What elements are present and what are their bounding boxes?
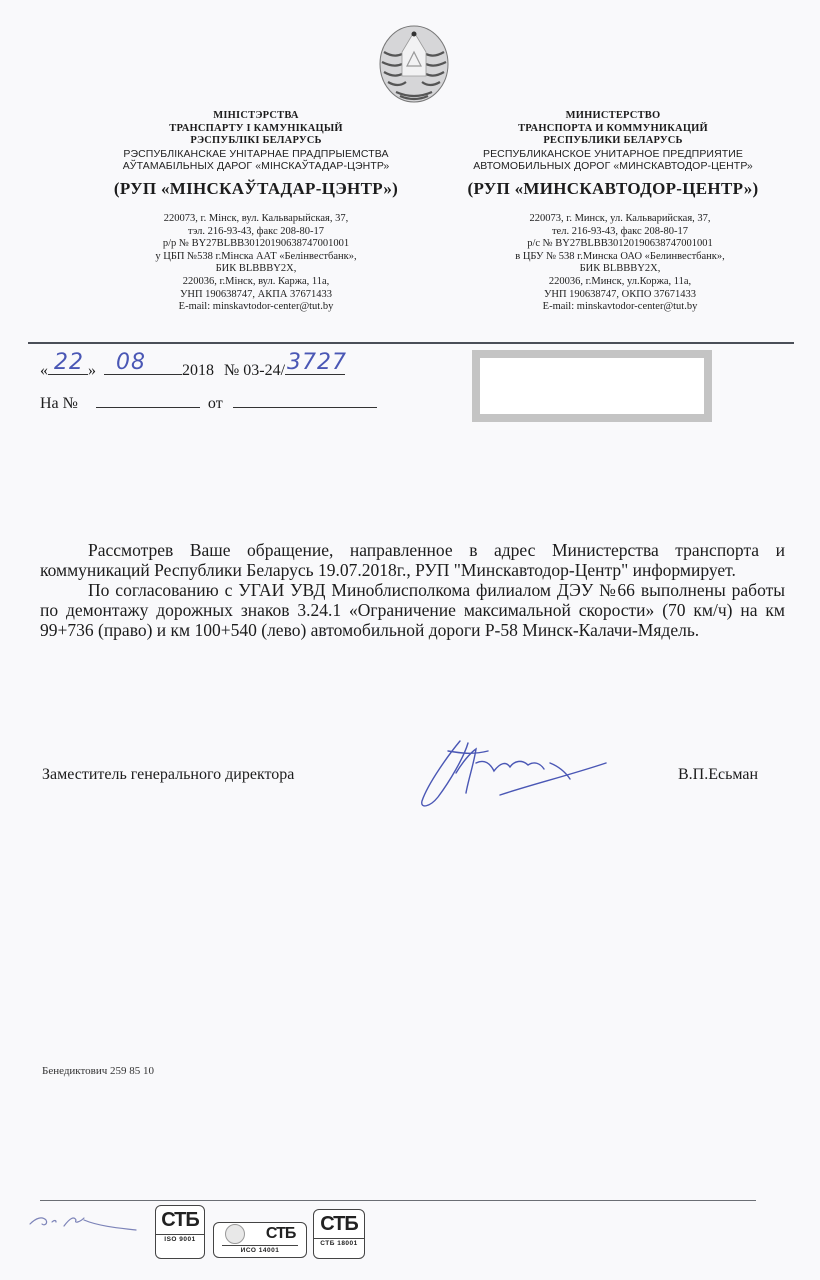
ministry-line: МИНИСТЕРСТВО [428, 110, 798, 123]
number-prefix: № 03-24/ [224, 362, 285, 379]
redacted-addressee [472, 350, 712, 422]
cert-caption: ИСО 14001 [222, 1245, 298, 1256]
address-line: БИК BLBBBY2X, [460, 263, 780, 276]
quote-open: « [40, 362, 48, 379]
org-name: (РУП «МИНСКАВТОДОР-ЦЕНТР») [428, 178, 798, 200]
stb-mark: СТБ [266, 1224, 295, 1244]
enterprise-line: АЎТАМАБІЛЬНЫХ ДАРОГ «МІНСКАЎТАДАР-ЦЭНТР» [92, 160, 420, 173]
letterhead-divider [28, 342, 794, 344]
ministry-line: ТРАНСПАРТУ І КАМУНІКАЦЫЙ [92, 123, 420, 136]
certification-badge-iso9001: СТБ ISO 9001 [155, 1205, 205, 1259]
address-line: БИК BLBBBY2X, [92, 263, 420, 276]
enterprise-line: РЭСПУБЛІКАНСКАЕ УНІТАРНАЕ ПРАДПРЫЕМСТВА [92, 148, 420, 161]
address-line: тел. 216-93-43, факс 208-80-17 [460, 226, 780, 239]
quote-close: » [88, 362, 96, 379]
letter-body: Рассмотрев Ваше обращение, направленное … [40, 540, 785, 640]
address-line: в ЦБУ № 538 г.Минска ОАО «Белинвестбанк»… [460, 251, 780, 264]
address-line: р/с № BY27BLBB30120190638747001001 [460, 238, 780, 251]
address-line: УНП 190638747, ОКПО 37671433 [460, 289, 780, 302]
handwritten-day: 22 [54, 350, 84, 375]
letterhead-belarusian: МІНІСТЭРСТВА ТРАНСПАРТУ І КАМУНІКАЦЫЙ РЭ… [92, 110, 420, 200]
reply-from-label: от [208, 395, 223, 412]
cert-caption: ISO 9001 [156, 1234, 204, 1245]
address-line: р/р № BY27BLBB30120190638747001001 [92, 238, 420, 251]
coat-of-arms-emblem [372, 22, 456, 104]
reply-reference: На № от [40, 395, 377, 413]
address-line: 220073, г. Мінск, вул. Кальварыйская, 37… [92, 213, 420, 226]
address-block-russian: 220073, г. Минск, ул. Кальварийская, 37,… [460, 213, 780, 314]
year: 2018 [182, 362, 214, 379]
number-field: 3727 [285, 356, 345, 375]
ministry-line: РЭСПУБЛІКІ БЕЛАРУСЬ [92, 135, 420, 148]
enterprise-line: РЕСПУБЛИКАНСКОЕ УНИТАРНОЕ ПРЕДПРИЯТИЕ [428, 148, 798, 161]
address-line: УНП 190638747, АКПА 37671433 [92, 289, 420, 302]
day-field: 22 [48, 356, 88, 375]
handwritten-signature [410, 733, 620, 813]
enterprise-line: АВТОМОБИЛЬНЫХ ДОРОГ «МИНСКАВТОДОР-ЦЕНТР» [428, 160, 798, 173]
letterhead-russian: МИНИСТЕРСТВО ТРАНСПОРТА И КОММУНИКАЦИЙ Р… [428, 110, 798, 200]
body-paragraph: По согласованию с УГАИ УВД Миноблисполко… [40, 580, 785, 640]
handwritten-month: 08 [116, 350, 146, 375]
reply-number-blank [96, 395, 200, 408]
body-paragraph: Рассмотрев Ваше обращение, направленное … [40, 540, 785, 580]
address-line: 220073, г. Минск, ул. Кальварийская, 37, [460, 213, 780, 226]
certification-badge-stb18001: СТБ СТБ 18001 [313, 1209, 365, 1259]
email-line: E-mail: minskavtodor-center@tut.by [92, 301, 420, 314]
ministry-line: РЕСПУБЛИКИ БЕЛАРУСЬ [428, 135, 798, 148]
leaf-globe-icon [225, 1224, 245, 1244]
handwritten-initials [28, 1208, 138, 1234]
signatory-title: Заместитель генерального директора [42, 766, 294, 784]
cert-caption: СТБ 18001 [314, 1238, 364, 1249]
address-line: 220036, г.Мінск, вул. Каржа, 11а, [92, 276, 420, 289]
footer-divider [40, 1200, 756, 1201]
stb-mark: СТБ [156, 1206, 204, 1234]
stb-mark: СТБ [314, 1210, 364, 1238]
address-line: 220036, г.Минск, ул.Коржа, 11а, [460, 276, 780, 289]
executor-contact: Бенедиктович 259 85 10 [42, 1065, 154, 1077]
address-line: у ЦБП №538 г.Мінска ААТ «Белінвестбанк», [92, 251, 420, 264]
signatory-name: В.П.Есьман [678, 766, 758, 784]
ministry-line: ТРАНСПОРТА И КОММУНИКАЦИЙ [428, 123, 798, 136]
reply-number-label: На № [40, 395, 78, 412]
certification-badge-iso14001: СТБ ИСО 14001 [213, 1222, 307, 1258]
handwritten-number: 3727 [287, 350, 347, 375]
email-line: E-mail: minskavtodor-center@tut.by [460, 301, 780, 314]
address-block-belarusian: 220073, г. Мінск, вул. Кальварыйская, 37… [92, 213, 420, 314]
address-line: тэл. 216-93-43, факс 208-80-17 [92, 226, 420, 239]
reply-date-blank [233, 395, 377, 408]
ministry-line: МІНІСТЭРСТВА [92, 110, 420, 123]
month-field: 08 [104, 356, 182, 375]
org-name: (РУП «МІНСКАЎТАДАР-ЦЭНТР») [92, 178, 420, 200]
registration-date-number: «22» 082018 № 03-24/3727 [40, 356, 345, 380]
